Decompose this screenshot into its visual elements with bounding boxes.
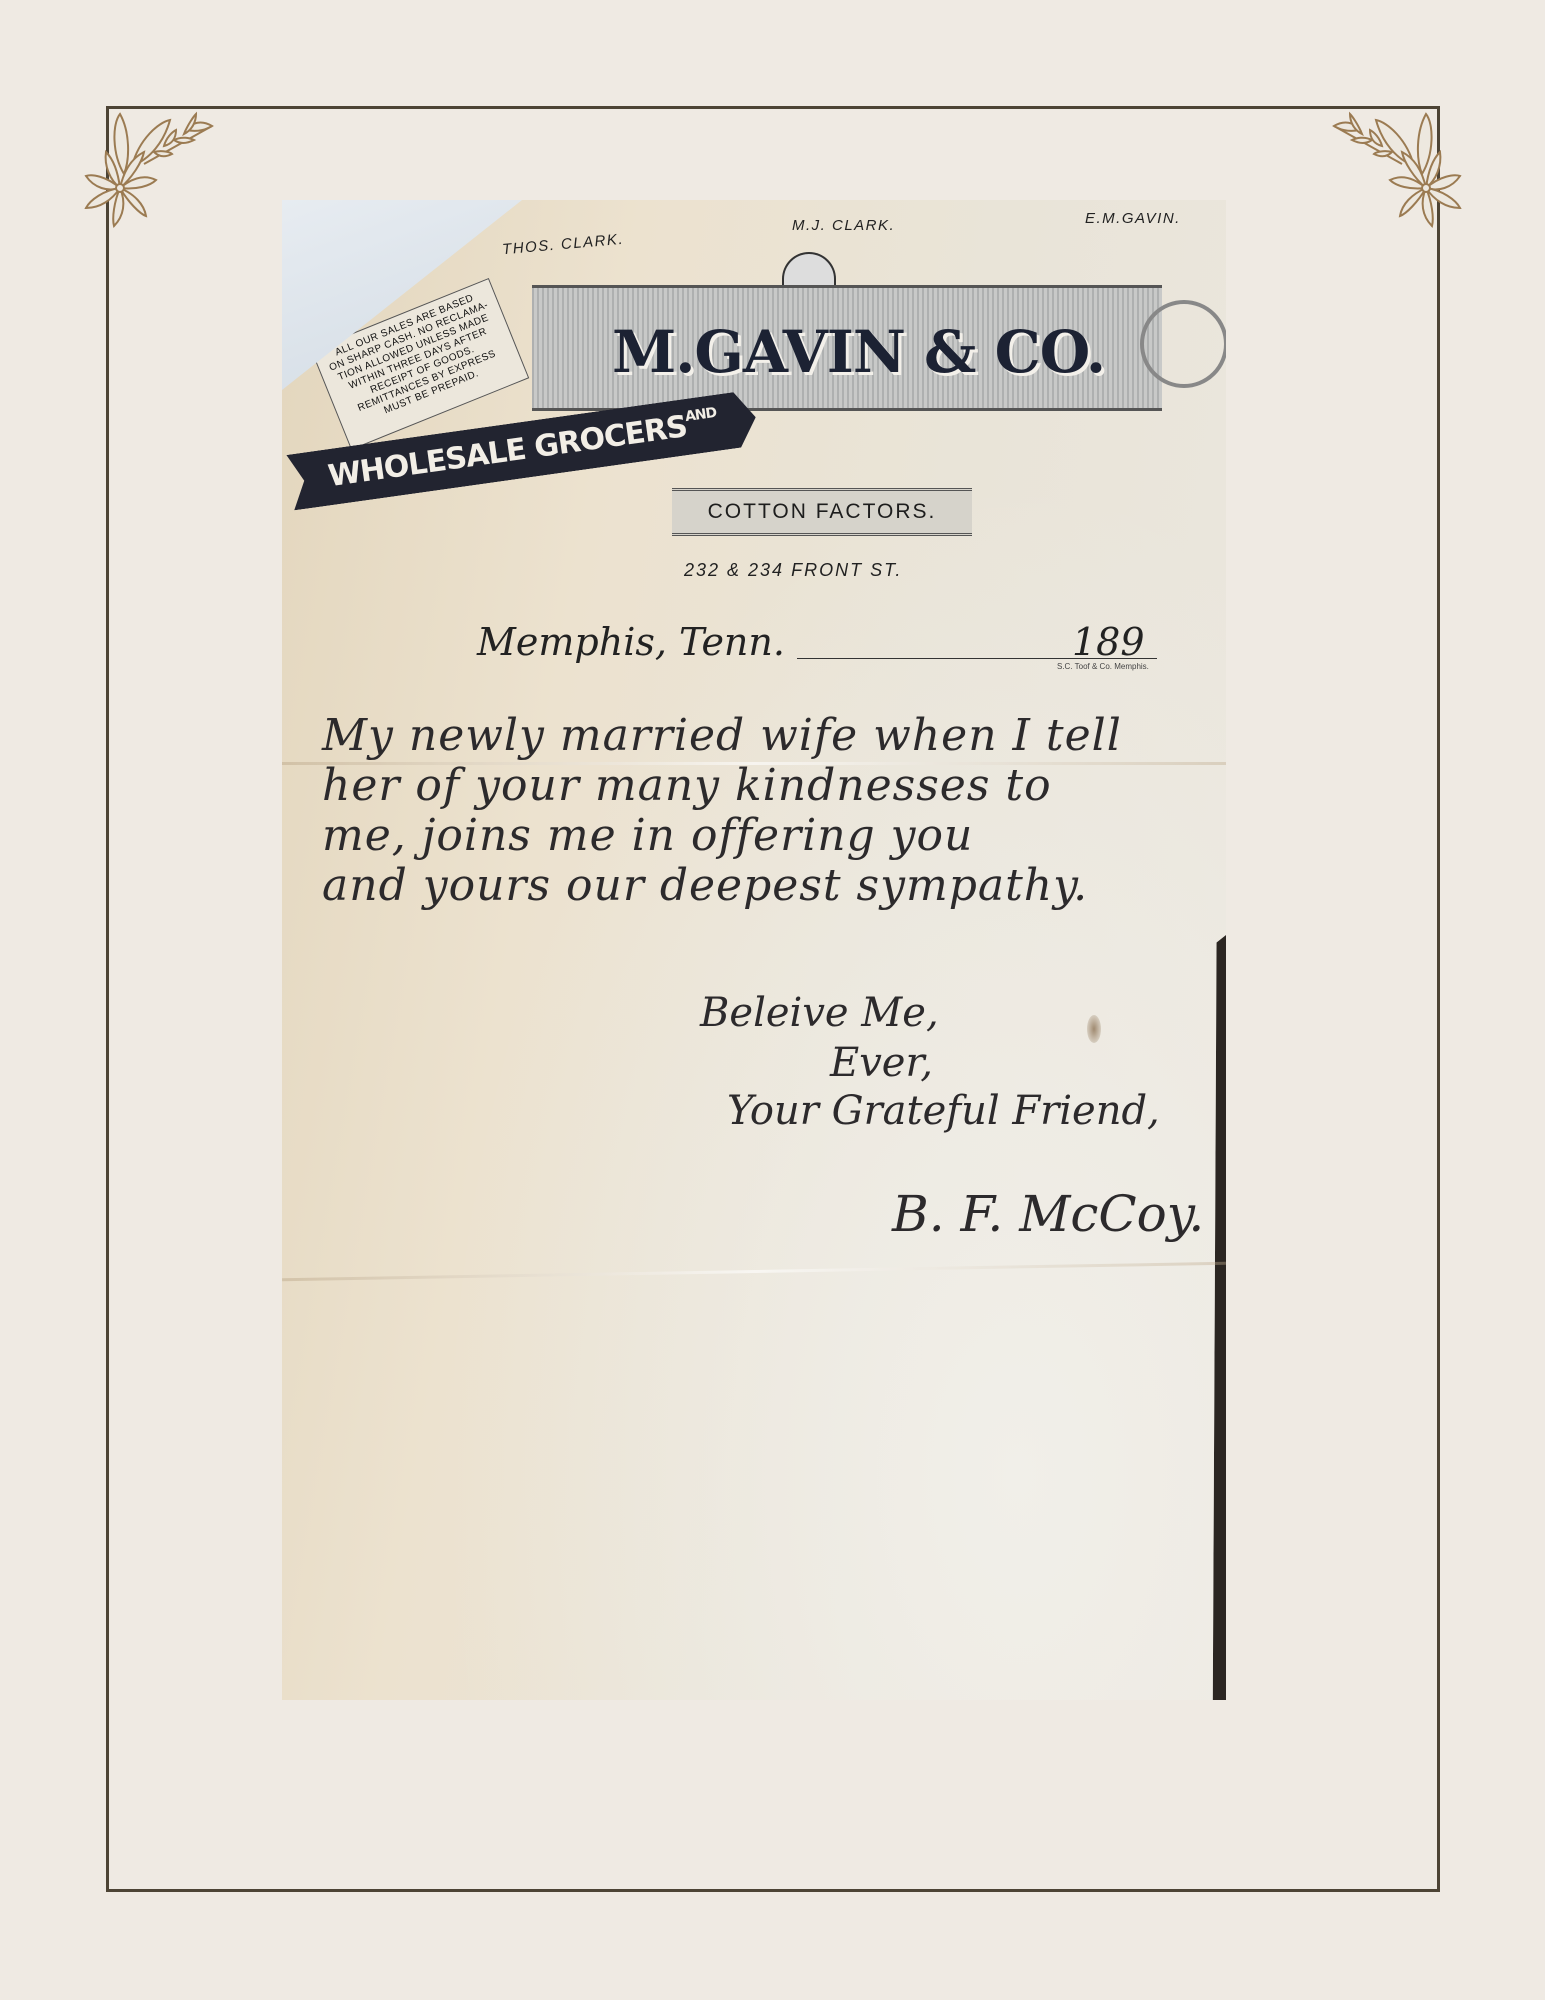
street-address: 232 & 234 FRONT ST. [684,560,902,581]
closing-line: Your Grateful Friend, [727,1088,1160,1134]
floral-corner-icon [84,104,224,234]
place-line: Memphis, Tenn. [477,620,785,664]
letter-body-line: My newly married wife when I tell [322,710,1122,761]
floral-corner-icon [1322,104,1462,234]
letter-photo: THOS. CLARK. M.J. CLARK. E.M.GAVIN. M.GA… [282,200,1226,1700]
printer-credit: S.C. Toof & Co. Memphis. [1057,662,1149,671]
closing-line: Beleive Me, [700,990,939,1036]
stain [1087,1015,1101,1043]
signature: B. F. McCoy. [892,1185,1204,1243]
trade-subtitle: COTTON FACTORS. [672,488,972,536]
firm-name: M.GAVIN & CO. [612,318,1105,386]
letter-body-line: and yours our deepest sympathy. [322,860,1088,911]
letter-body-line: me, joins me in offering you [322,810,973,861]
letter-paper [282,200,1226,1700]
ship-wheel-icon [1140,300,1226,388]
partner-name: E.M.GAVIN. [1085,210,1181,227]
partner-name: M.J. CLARK. [792,217,895,234]
year-prefix: 189 [1072,620,1145,664]
letter-body-line: her of your many kindnesses to [322,760,1052,811]
closing-line: Ever, [830,1040,933,1086]
